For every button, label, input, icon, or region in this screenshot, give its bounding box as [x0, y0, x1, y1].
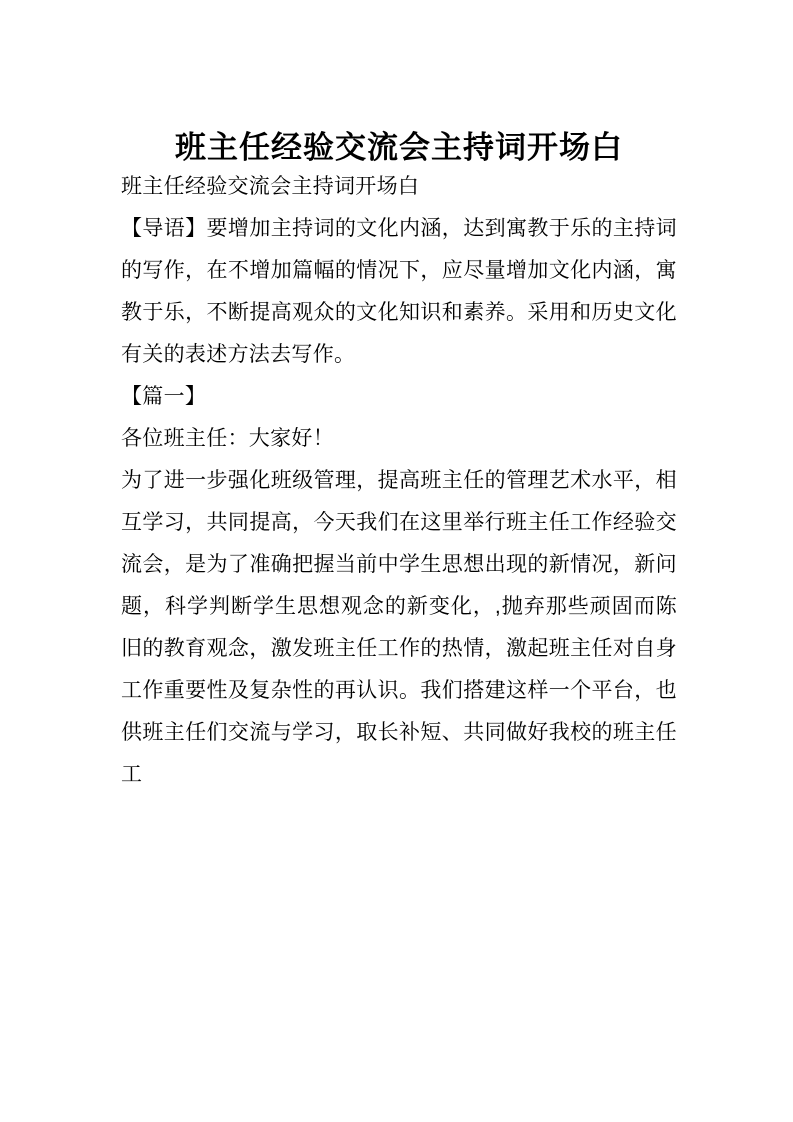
paragraph-intro: 【导语】要增加主持词的文化内涵，达到寓教于乐的主持词的写作，在不增加篇幅的情况下… — [121, 208, 677, 376]
paragraph-main-body: 为了进一步强化班级管理，提高班主任的管理艺术水平，相互学习，共同提高，今天我们在… — [121, 460, 677, 796]
document-page: 班主任经验交流会主持词开场白 班主任经验交流会主持词开场白 【导语】要增加主持词… — [0, 0, 793, 1122]
paragraph-section-heading: 【篇一】 — [121, 376, 677, 418]
paragraph-subtitle: 班主任经验交流会主持词开场白 — [121, 166, 677, 208]
document-body: 班主任经验交流会主持词开场白 【导语】要增加主持词的文化内涵，达到寓教于乐的主持… — [121, 166, 677, 796]
document-title: 班主任经验交流会主持词开场白 — [121, 130, 677, 166]
paragraph-greeting: 各位班主任：大家好！ — [121, 418, 677, 460]
